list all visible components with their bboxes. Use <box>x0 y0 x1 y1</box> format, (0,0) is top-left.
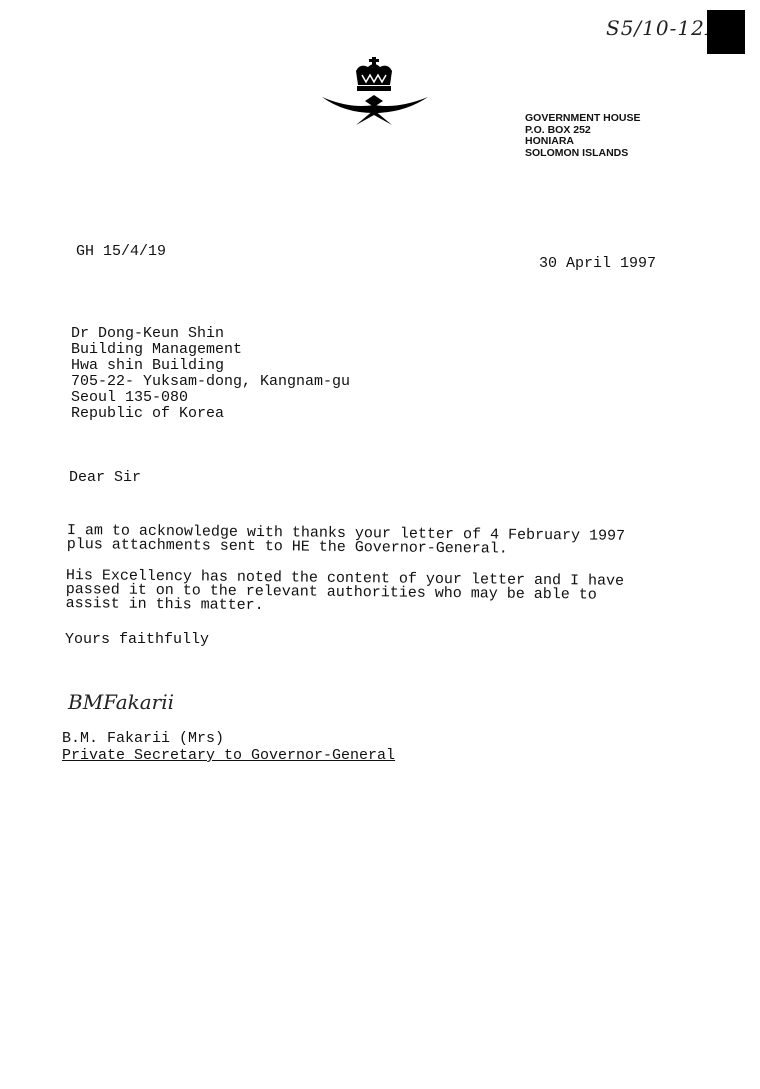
recipient-line: Dr Dong-Keun Shin <box>71 326 350 342</box>
signatory-title: Private Secretary to Governor-General <box>62 747 395 764</box>
body-paragraph-1: I am to acknowledge with thanks your let… <box>67 524 625 558</box>
signatory-name: B.M. Fakarii (Mrs) <box>62 730 224 747</box>
handwritten-signature: BMFakarii <box>68 690 174 714</box>
body-paragraph-2: His Excellency has noted the content of … <box>66 569 625 617</box>
recipient-address: Dr Dong-Keun Shin Building Management Hw… <box>71 326 350 422</box>
file-reference: GH 15/4/19 <box>76 243 166 260</box>
salutation: Dear Sir <box>69 469 141 486</box>
handwritten-file-reference: S5/10-12L <box>606 16 719 40</box>
recipient-line: Seoul 135-080 <box>71 390 350 406</box>
letterhead-line: GOVERNMENT HOUSE <box>525 113 641 125</box>
recipient-line: Republic of Korea <box>71 406 350 422</box>
crest-emblem <box>320 55 430 130</box>
crown-and-frigate-bird-crest-icon <box>320 55 430 130</box>
recipient-line: Building Management <box>71 342 350 358</box>
recipient-line: 705-22- Yuksam-dong, Kangnam-gu <box>71 374 350 390</box>
redaction-block <box>707 10 745 54</box>
letter-date: 30 April 1997 <box>539 255 656 272</box>
recipient-line: Hwa shin Building <box>71 358 350 374</box>
letterhead-line: HONIARA <box>525 136 641 148</box>
letterhead-line: SOLOMON ISLANDS <box>525 148 641 160</box>
letterhead-address: GOVERNMENT HOUSE P.O. BOX 252 HONIARA SO… <box>525 113 641 159</box>
closing: Yours faithfully <box>65 631 209 648</box>
